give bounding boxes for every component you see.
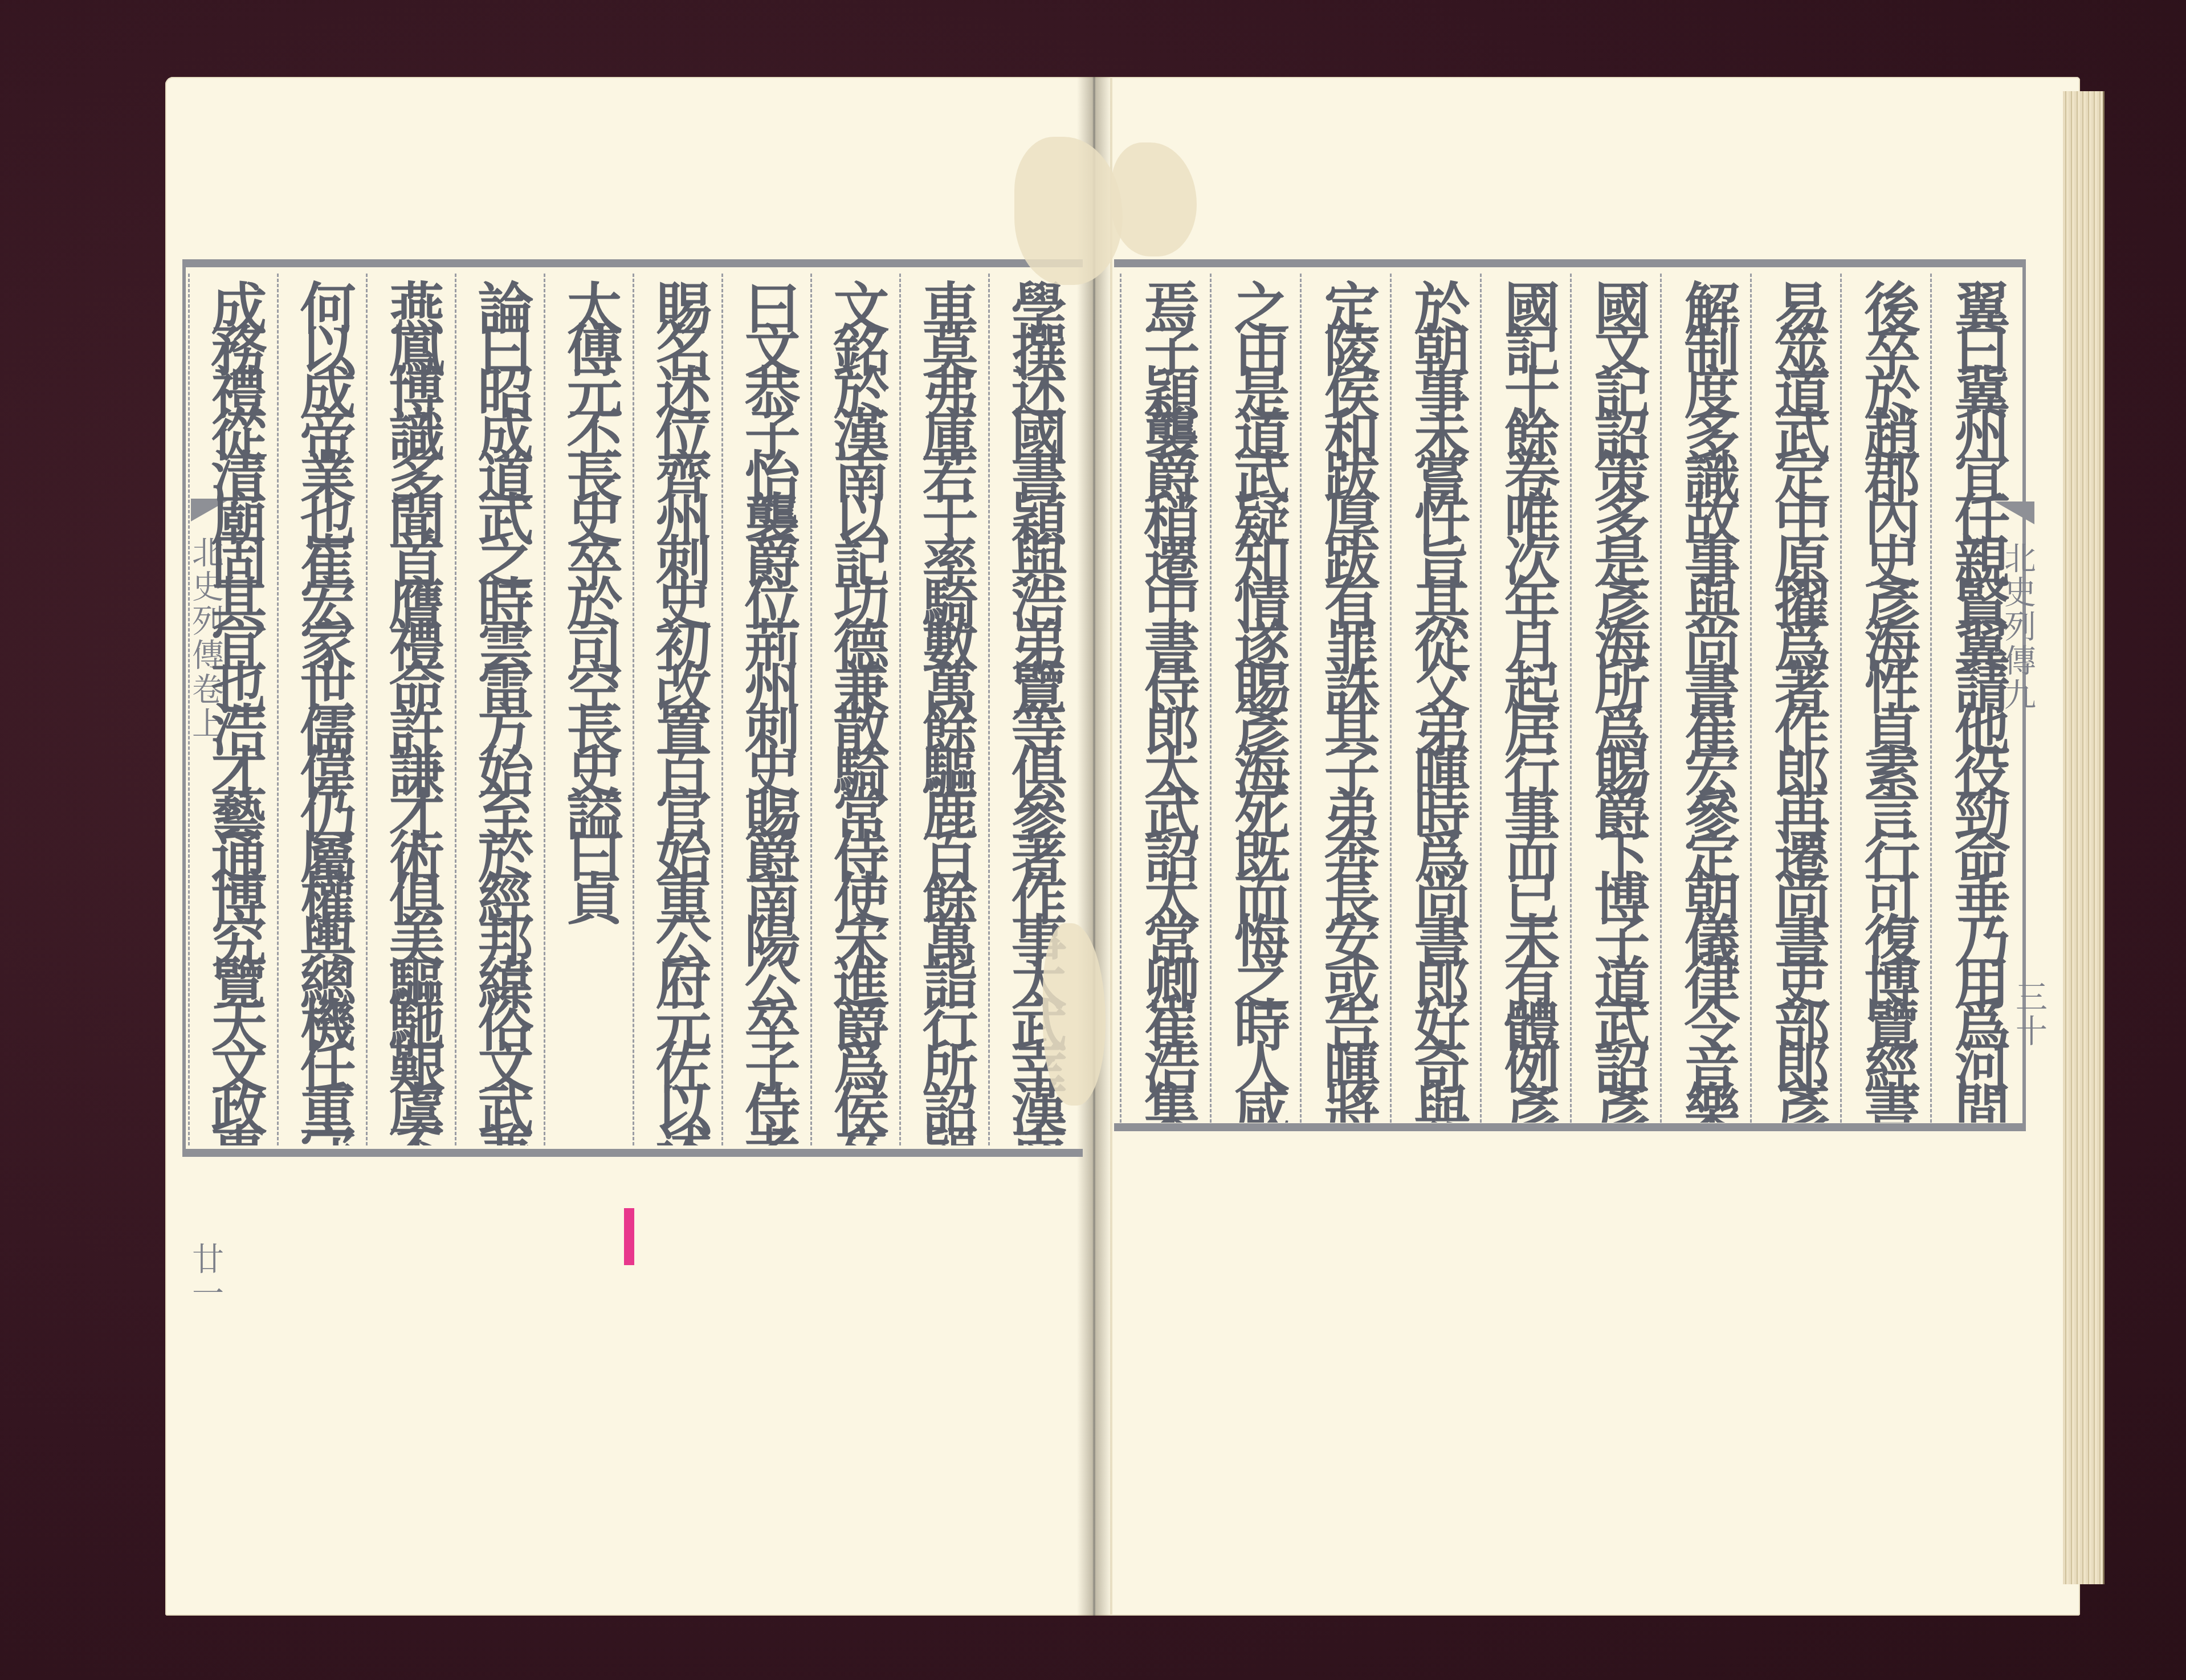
left-margin-page-number: 廿一 bbox=[182, 1242, 228, 1311]
text-column: 國文記詔策多是彥海所爲賜爵下博子道武詔彥海撰 bbox=[1570, 274, 1660, 1123]
text-column: 成務禮從清廟固其宜也浩才藝通博究覽天文政事籌 bbox=[188, 274, 277, 1145]
text-column: 焉子穎襲爵稍遷中書侍郎太武詔太常卿崔浩集諸文 bbox=[1120, 274, 1210, 1123]
text-column: 何以成帝業也崔宏家世儒偉仍屬權輿總機任重守正 bbox=[277, 274, 366, 1145]
text-column: 太傅元丕長史卒於司空長史謚曰貞 bbox=[544, 274, 633, 1145]
text-column: 賜名述位齊州刺史初改置百官始重公府元佐以述爲 bbox=[633, 274, 721, 1145]
text-column: 易筮道武定中原擢爲著作郎再遷尚書吏部郎彥海明 bbox=[1750, 274, 1840, 1123]
text-column: 車莫弗庫若干率騎數萬餘驅鹿百餘萬詣行所詔穎爲 bbox=[899, 274, 988, 1145]
page-edge-stack bbox=[2063, 91, 2105, 1584]
text-column: 燕鳳博識多聞首膺禮命許謙才術俱美驅馳艱虞不欲 bbox=[366, 274, 455, 1145]
right-page-text: 翼曰冀州宜任親賢翼請他役勁命垂乃用爲河間太守 後卒於趙郡內史彥海性貞素言行可復博… bbox=[1120, 274, 2020, 1123]
text-column: 之由是道武疑知情遂賜彥海死既而悔之時人咸歎惜 bbox=[1210, 274, 1300, 1123]
text-column: 後卒於趙郡內史彥海性貞素言行可復博覽經書長於 bbox=[1840, 274, 1930, 1123]
pink-marker bbox=[624, 1208, 634, 1265]
text-column: 翼曰冀州宜任親賢翼請他役勁命垂乃用爲河間太守 bbox=[1930, 274, 2020, 1123]
text-column: 文銘於漢南以記功德兼散騎常侍使宋進爵爲侯卒謚 bbox=[810, 274, 899, 1145]
text-column: 定陵侯和跋厚跋有罪誅其子弟奔長安或告暉將送出 bbox=[1300, 274, 1390, 1123]
text-column: 國記十餘卷唯次年月起居行事而已未有體例彥海謹 bbox=[1480, 274, 1570, 1123]
text-column: 曰文恭子怡襲爵位荊州刺史賜爵南陽公卒子侍孝文 bbox=[721, 274, 810, 1145]
left-page-text: 學撰述國書穎與浩弟覽等俱參著作事太武幸漢南高 車莫弗庫若干率騎數萬餘驅鹿百餘萬詣… bbox=[188, 274, 1077, 1145]
text-column: 論曰昭成道武之時雲雷方始至於經邦緯俗文武兼資 bbox=[455, 274, 544, 1145]
text-column: 於朝事未嘗忤旨其從父弟暉時爲尚書郎好奇與 bbox=[1390, 274, 1480, 1123]
text-column: 解制度多識故事與尚書崔宏參定朝儀律令音樂及軍 bbox=[1660, 274, 1750, 1123]
